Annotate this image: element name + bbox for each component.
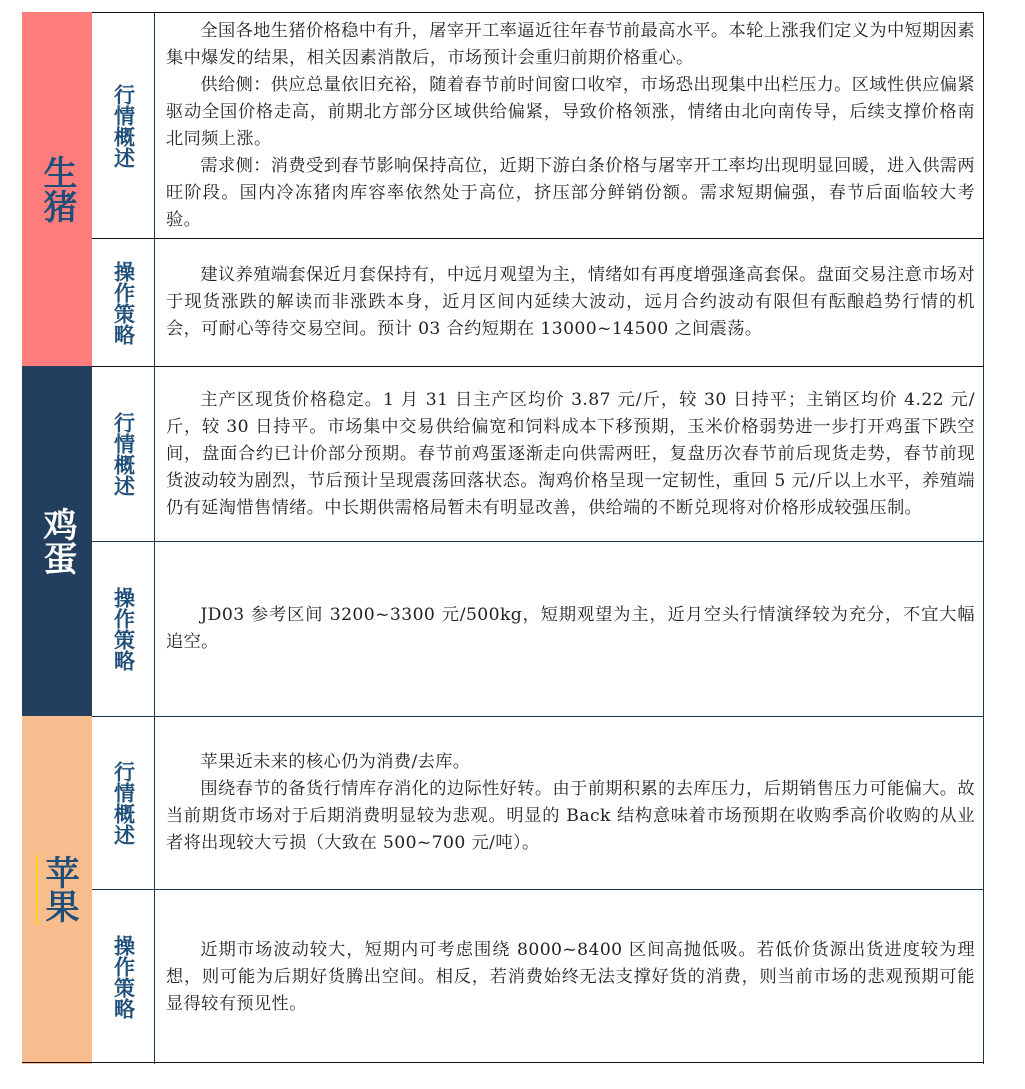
row-content: 近期市场波动较大，短期内可考虑围绕 8000~8400 区间高抛低吸。若低价货源… [155, 890, 984, 1064]
row-label: 行情概述 [92, 367, 155, 541]
row-label: 行情概述 [92, 717, 155, 889]
category-label: 生猪 [38, 155, 76, 223]
category-pig: 生猪 [22, 12, 92, 366]
section-pig: 生猪 行情概述 全国各地生猪价格稳中有升，屠宰开工率逼近往年春节前最高水平。本轮… [22, 12, 984, 366]
paragraph: 苹果近未来的核心仍为消费/去库。 [166, 749, 975, 776]
row-content: JD03 参考区间 3200~3300 元/500kg，短期观望为主，近月空头行… [155, 542, 984, 716]
paragraph: 全国各地生猪价格稳中有升，屠宰开工率逼近往年春节前最高水平。本轮上涨我们定义为中… [166, 18, 975, 72]
category-egg: 鸡蛋 [22, 366, 92, 716]
row-egg-strategy: 操作策略 JD03 参考区间 3200~3300 元/500kg，短期观望为主，… [92, 541, 984, 716]
paragraph: 建议养殖端套保近月套保持有，中远月观望为主，情绪如有再度增强逢高套保。盘面交易注… [166, 262, 975, 343]
row-pig-strategy: 操作策略 建议养殖端套保近月套保持有，中远月观望为主，情绪如有再度增强逢高套保。… [92, 238, 984, 366]
row-label: 行情概述 [92, 13, 155, 238]
row-content: 建议养殖端套保近月套保持有，中远月观望为主，情绪如有再度增强逢高套保。盘面交易注… [155, 239, 984, 366]
row-pig-overview: 行情概述 全国各地生猪价格稳中有升，屠宰开工率逼近往年春节前最高水平。本轮上涨我… [92, 12, 984, 238]
paragraph: 供给侧：供应总量依旧充裕，随着春节前时间窗口收窄，市场恐出现集中出栏压力。区域性… [166, 72, 975, 153]
row-label: 操作策略 [92, 890, 155, 1064]
table-bottom-border [22, 1062, 984, 1063]
row-apple-overview: 行情概述 苹果近未来的核心仍为消费/去库。 围绕春节的备货行情库存消化的边际性好… [92, 716, 984, 889]
paragraph: 主产区现货价格稳定。1 月 31 日主产区均价 3.87 元/斤，较 30 日持… [166, 387, 975, 522]
row-label: 操作策略 [92, 239, 155, 366]
paragraph: 围绕春节的备货行情库存消化的边际性好转。由于前期积累的去库压力，后期销售压力可能… [166, 776, 975, 857]
paragraph: 需求侧：消费受到春节影响保持高位，近期下游白条价格与屠宰开工率均出现明显回暖，进… [166, 153, 975, 234]
row-apple-strategy: 操作策略 近期市场波动较大，短期内可考虑围绕 8000~8400 区间高抛低吸。… [92, 889, 984, 1064]
section-apple: 苹果 行情概述 苹果近未来的核心仍为消费/去库。 围绕春节的备货行情库存消化的边… [22, 716, 984, 1064]
row-egg-overview: 行情概述 主产区现货价格稳定。1 月 31 日主产区均价 3.87 元/斤，较 … [92, 366, 984, 541]
paragraph: 近期市场波动较大，短期内可考虑围绕 8000~8400 区间高抛低吸。若低价货源… [166, 937, 975, 1018]
row-content: 苹果近未来的核心仍为消费/去库。 围绕春节的备货行情库存消化的边际性好转。由于前… [155, 717, 984, 889]
category-label: 苹果 [36, 855, 78, 925]
category-label: 鸡蛋 [38, 507, 76, 575]
row-content: 全国各地生猪价格稳中有升，屠宰开工率逼近往年春节前最高水平。本轮上涨我们定义为中… [155, 13, 984, 238]
commodity-table: 生猪 行情概述 全国各地生猪价格稳中有升，屠宰开工率逼近往年春节前最高水平。本轮… [22, 12, 984, 1064]
row-content: 主产区现货价格稳定。1 月 31 日主产区均价 3.87 元/斤，较 30 日持… [155, 367, 984, 541]
row-label: 操作策略 [92, 542, 155, 716]
section-egg: 鸡蛋 行情概述 主产区现货价格稳定。1 月 31 日主产区均价 3.87 元/斤… [22, 366, 984, 716]
category-apple: 苹果 [22, 716, 92, 1064]
paragraph: JD03 参考区间 3200~3300 元/500kg，短期观望为主，近月空头行… [166, 602, 975, 656]
